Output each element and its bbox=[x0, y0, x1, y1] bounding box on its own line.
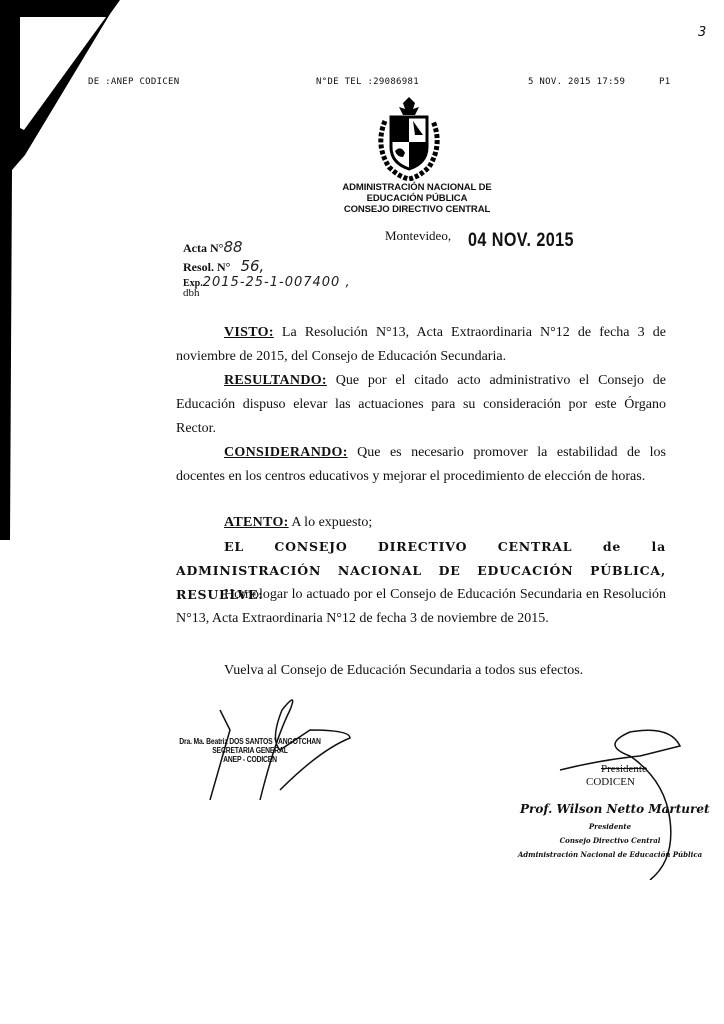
signatory-right-institution: Administración Nacional de Educación Púb… bbox=[510, 850, 710, 859]
page-number-mark: 3 bbox=[698, 25, 706, 40]
signatory-left-title: SECRETARIA GENERAL bbox=[165, 746, 335, 755]
paragraph-visto: VISTO: La Resolución N°13, Acta Extraord… bbox=[176, 321, 666, 369]
expedient-number: Exp.2015-25-1-007400 , bbox=[183, 275, 351, 290]
atento-text: A lo expuesto; bbox=[289, 515, 373, 530]
signatory-right-body: Consejo Directivo Central bbox=[510, 836, 710, 845]
coat-of-arms-icon bbox=[369, 95, 449, 181]
signatory-right-title: Presidente bbox=[510, 822, 710, 831]
institution-name-line3: CONSEJO DIRECTIVO CENTRAL bbox=[297, 204, 537, 215]
date-stamp: 04 NOV. 2015 bbox=[468, 230, 574, 252]
resolution-label: Resol. N° bbox=[183, 260, 230, 274]
fax-phone: N°DE TEL :29086981 bbox=[316, 77, 419, 87]
resultando-label: RESULTANDO: bbox=[224, 373, 327, 388]
paragraph-considerando: CONSIDERANDO: Que es necesario promover … bbox=[176, 441, 666, 489]
institution-name-line1: ADMINISTRACIÓN NACIONAL DE bbox=[297, 182, 537, 193]
signatory-left-org: ANEP - CODICEN bbox=[165, 755, 335, 764]
paragraph-atento: ATENTO: A lo expuesto; bbox=[176, 511, 666, 535]
atento-label: ATENTO: bbox=[224, 515, 289, 530]
paragraph-vuelva: Vuelva al Consejo de Educación Secundari… bbox=[176, 659, 666, 683]
signatory-right-name: Prof. Wilson Netto Marturet bbox=[520, 802, 710, 816]
fax-page: P1 bbox=[659, 77, 670, 87]
resolution-number: Resol. N°56, bbox=[183, 257, 264, 275]
considerando-label: CONSIDERANDO: bbox=[224, 445, 348, 460]
institution-name-line2: EDUCACIÓN PÚBLICA bbox=[297, 193, 537, 204]
expedient-value: 2015-25-1-007400 , bbox=[203, 275, 351, 290]
place: Montevideo, bbox=[385, 228, 451, 244]
signatory-right-org: CODICEN bbox=[586, 776, 635, 788]
fax-datetime: 5 NOV. 2015 17:59 bbox=[528, 77, 625, 87]
acta-number: Acta N°88 bbox=[183, 238, 243, 256]
paragraph-homologar: Homologar lo actuado por el Consejo de E… bbox=[176, 583, 666, 631]
resolution-value: 56, bbox=[240, 257, 264, 275]
acta-value: 88 bbox=[223, 238, 242, 256]
initials: dbh bbox=[183, 287, 200, 299]
visto-label: VISTO: bbox=[224, 325, 274, 340]
signatory-right-role: Presidente bbox=[601, 763, 647, 775]
acta-label: Acta N° bbox=[183, 241, 223, 255]
signatory-left-name: Dra. Ma. Beatriz DOS SANTOS VANGOTCHAN bbox=[165, 737, 335, 746]
fax-sender: DE :ANEP CODICEN bbox=[88, 77, 180, 87]
paragraph-resultando: RESULTANDO: Que por el citado acto admin… bbox=[176, 369, 666, 441]
